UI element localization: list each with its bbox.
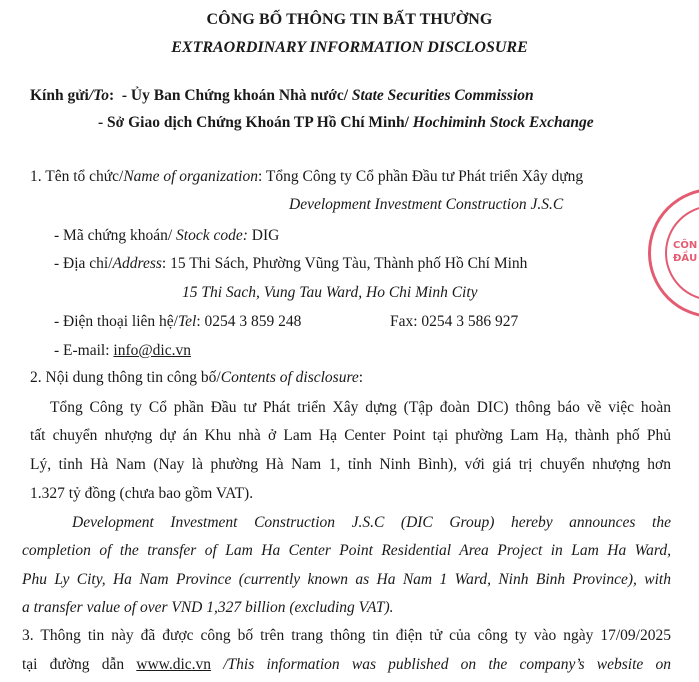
organization-name-vi: : Tổng Công ty Cổ phần Đầu tư Phát triển… [258,168,583,185]
website-link[interactable]: www.dic.vn [136,656,211,673]
recipient-hose-vi: - Sở Giao dịch Chứng Khoán TP Hồ Chí Min… [98,114,409,131]
email-link[interactable]: info@dic.vn [113,342,191,359]
recipient-label-vi: Kính gửi [30,87,89,104]
address-value-vi: : 15 Thi Sách, Phường Vũng Tàu, Thành ph… [162,255,528,272]
fax-value: Fax: 0254 3 586 927 [390,312,518,332]
recipient-line-1: Kính gửi/To: - Ủy Ban Chứng khoán Nhà nư… [30,86,534,106]
publication-prefix: tại đường dẫn [22,656,136,673]
address-value-en: 15 Thi Sach, Vung Tau Ward, Ho Chi Minh … [182,283,478,303]
content-en-line-4: a transfer value of over VND 1,327 billi… [22,598,671,618]
recipient-label-en: /To [89,87,109,104]
recipient-hose-en: Hochiminh Stock Exchange [409,114,594,131]
organization-label-en: Name of organization [123,168,258,185]
company-seal-stamp: CÔN ĐẦU [648,188,699,318]
seal-text-line-1: CÔN [673,239,697,252]
content-vi-line-4: 1.327 tỷ đồng (chưa bao gồm VAT). [30,484,671,504]
contents-label-colon: : [359,369,363,386]
seal-text-line-2: ĐẦU [673,252,697,265]
recipient-label-colon: : [109,87,114,104]
organization-label-vi: 1. Tên tổ chức/ [30,168,123,185]
stock-code-label-vi: - Mã chứng khoán/ [54,227,176,244]
recipient-ssc-vi: - Ủy Ban Chứng khoán Nhà nước/ [122,87,348,104]
contents-heading: 2. Nội dung thông tin công bố/Contents o… [30,368,363,388]
document-title-en: EXTRAORDINARY INFORMATION DISCLOSURE [0,38,699,58]
tel-value: : 0254 3 859 248 [196,313,301,330]
tel-label-en: Tel [178,313,196,330]
contents-label-en: Contents of disclosure [221,369,359,386]
contents-label-vi: 2. Nội dung thông tin công bố/ [30,369,221,386]
content-en-line-1: Development Investment Construction J.S.… [72,513,671,533]
organization-name-en: Development Investment Construction J.S.… [289,195,563,215]
recipient-line-2: - Sở Giao dịch Chứng Khoán TP Hồ Chí Min… [98,113,594,133]
organization-name-line: 1. Tên tổ chức/Name of organization: Tổn… [30,167,583,187]
address-label-en: Address [113,255,162,272]
recipient-ssc-en: State Securities Commission [348,87,534,104]
stock-code-value: DIG [248,227,279,244]
publication-line-2: tại đường dẫn www.dic.vn /This informati… [22,655,671,675]
publication-en: /This information was published on the c… [211,656,671,673]
publication-line-1: 3. Thông tin này đã được công bố trên tr… [22,626,671,646]
content-vi-line-1: Tổng Công ty Cổ phần Đầu tư Phát triển X… [50,398,671,418]
content-en-line-2: completion of the transfer of Lam Ha Cen… [22,541,671,561]
address-label-vi: - Địa chỉ/ [54,255,113,272]
email-line: - E-mail: info@dic.vn [54,341,191,361]
email-label: - E-mail: [54,342,113,359]
company-seal-text: CÔN ĐẦU [673,239,697,265]
document-title-vi: CÔNG BỐ THÔNG TIN BẤT THƯỜNG [0,10,699,30]
stock-code-label-en: Stock code: [176,227,248,244]
address-line: - Địa chỉ/Address: 15 Thi Sách, Phường V… [54,254,527,274]
content-en-line-3: Phu Ly City, Ha Nam Province (currently … [22,570,671,590]
stock-code-line: - Mã chứng khoán/ Stock code: DIG [54,226,279,246]
tel-line: - Điện thoại liên hệ/Tel: 0254 3 859 248 [54,312,301,332]
content-vi-line-3: Lý, tỉnh Hà Nam (Nay là phường Hà Nam 1,… [30,455,671,475]
tel-label-vi: - Điện thoại liên hệ/ [54,313,178,330]
content-vi-line-2: tất chuyển nhượng dự án Khu nhà ở Lam Hạ… [30,426,671,446]
